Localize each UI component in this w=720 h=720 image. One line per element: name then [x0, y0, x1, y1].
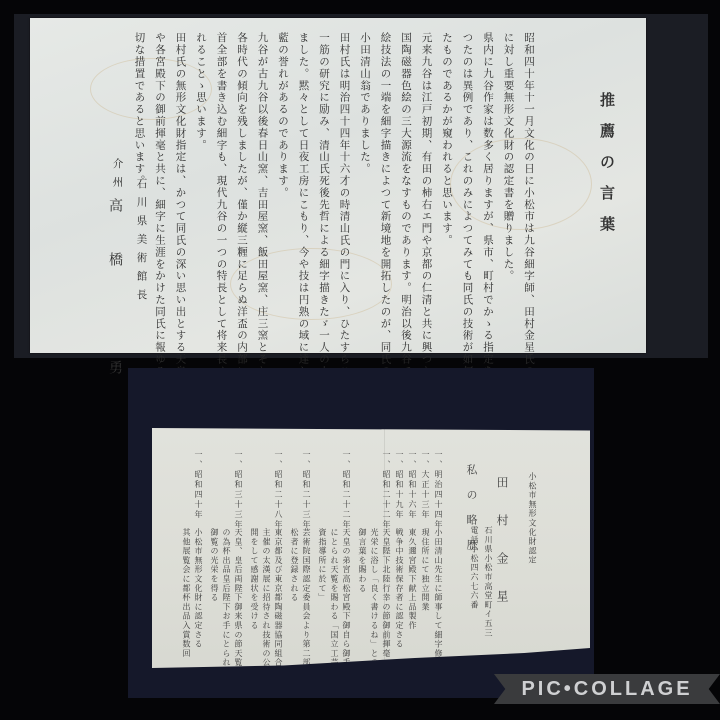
entry-year: 一、昭和二十三年 [302, 450, 310, 530]
paper-fiber [90, 58, 212, 120]
entry-year: 一、昭和十六年 [408, 450, 416, 520]
header-line: 小松市無形文化財認定 [528, 472, 536, 565]
entry-text: にとられ天覧を賜わる「国立工芸 [330, 528, 338, 668]
text-column: 切な措置であると思います。 [134, 32, 145, 187]
entry-year: 一、明治四十四年 [434, 450, 442, 530]
entry-year: 一、昭和二十八年 [274, 450, 282, 530]
text-column: に対し重要無形文化財の認定書を贈りました。 [503, 32, 514, 282]
text-column: 首全部を書き込む細字も、現代九谷の一つの特長として将来長く観賞さ [216, 32, 227, 413]
recommendation-title: 推薦の言葉 [599, 92, 614, 247]
entry-text: 其他展覧会に都杯出品入賞数回 [182, 528, 190, 658]
entry-text: の為杯出品皇后陛下お手にとられ [222, 528, 230, 668]
entry-text: 天皇陛下北陸行幸の節御前揮毫の [382, 528, 390, 668]
text-column: れることゝ思います。 [196, 32, 207, 151]
entry-year: 一、大正十三年 [421, 450, 429, 520]
entry-text: 御覧の光栄を得る [210, 528, 218, 602]
entry-year: 一、昭和二十二年 [382, 450, 390, 530]
pic-collage-watermark: PIC•COLLAGE [494, 674, 720, 704]
text-column: 一筋の研究に励み、清山氏死後先哲による細字描きたゞ一人の人となり [319, 32, 330, 413]
header-line: 石川県小松市高堂町イ五三 [484, 526, 492, 638]
text-column: たものであるかが窺われると思います。 [442, 32, 453, 246]
text-column: 絵技法の一端を細字描きによつて新境地を開拓したのが、同氏の叔父故 [380, 32, 391, 413]
entry-text: 現住所にて独立開業 [421, 528, 429, 612]
text-column: 国陶磁器色絵の三大源流をなすものであります。明治以後九谷でその上 [401, 32, 412, 413]
signer-prefix: 介州 [112, 158, 123, 195]
text-column: つたのは異例であり、これのみによつてみても同氏の技術が如何に秀れ [462, 32, 473, 413]
entry-text: 主催の太漢展に招待され技術の公 [262, 528, 270, 668]
entry-text: 天皇の弟宮高松宮殿下御自ら御手 [342, 528, 350, 668]
entry-text: 松者に登録される [290, 528, 298, 602]
text-column: 藍の誉れがあるのであります。 [278, 32, 289, 199]
entry-year: 一、昭和二十二年 [342, 450, 350, 530]
text-column: 元来九谷は江戸初期、有田の柿右エ門や京都の仁清と共に興つた我が [421, 32, 432, 401]
text-column: ました。黙々として日夜工房にこもり、今や技は円熟の域に達し正に出 [298, 32, 309, 413]
resume-title: 私の略歴 [466, 464, 477, 564]
entry-text: 資指導所に於て」 [318, 528, 326, 602]
watermark-text: PIC•COLLAGE [521, 678, 692, 701]
text-column: 昭和四十年十一月文化の日に小松市は九谷細字師、田村金星氏の技術 [524, 32, 535, 401]
entry-text: 天皇、皇后両陛下御来県の節天覧 [234, 528, 242, 668]
entry-year: 一、昭和四十年 [194, 450, 202, 520]
entry-year: 一、昭和十九年 [395, 450, 403, 520]
text-column: 九谷が古九谷以後春日山窯、吉田屋窯、飯田屋窯、庄三窯とそれぞれ [257, 32, 268, 401]
entry-text: 開をして感謝状を受ける [250, 528, 258, 630]
paper-fiber [230, 248, 392, 320]
text-column: 田村氏は明治四十四年十六才の時清山氏の門に入り、ひたすらこの道 [339, 32, 350, 401]
museum-director-title: 石川県美術館長 [136, 178, 147, 308]
entry-text: 小田清山先生に師事して細字修業 [434, 528, 442, 668]
text-column: や各宮殿下の御前揮毫と共に、細字に生涯をかけた同氏に報ゆる最も適 [155, 32, 166, 413]
artist-name: 田村金星 [496, 476, 508, 628]
text-column: 小田清山翁でありました。 [360, 32, 371, 175]
entry-text: 光栄に浴し「良く書けるね」との [370, 528, 378, 668]
entry-text: 御言葉を賜わる [358, 528, 366, 593]
resume-document: 小松市無形文化財認定石川県小松市高堂町イ五三電話小松四六七六番 田村金星 私の略… [152, 428, 590, 678]
entry-text: 東久邇宮殿下献上品製作 [408, 528, 416, 630]
signer-name: 高橋 勇 [108, 198, 122, 414]
text-column: 各時代の傾向を残しましたが、僅か縦三糎に足らぬ洋盃の内部に百人一 [237, 32, 248, 413]
recommendation-document: 昭和四十年十一月文化の日に小松市は九谷細字師、田村金星氏の技術に対し重要無形文化… [30, 18, 646, 353]
entry-text: 東京都及び東京都陶磁器協同組合 [274, 528, 282, 668]
entry-text: 戦争中技術保存者に認定さる [395, 528, 403, 649]
text-column: 田村氏の無形文化財指定は、かつて同氏の深い思い出とする天皇陛下 [175, 32, 186, 401]
entry-text: 小松市無形文化財に認定さる [194, 528, 202, 649]
entry-text: 芸術院国際認定委員会より第二部 [302, 528, 310, 668]
text-column: 県内に九谷作家は数多く居りますが、県市、町村でかゝる指定を行な [483, 32, 494, 401]
entry-year: 一、昭和三十三年 [234, 450, 242, 530]
